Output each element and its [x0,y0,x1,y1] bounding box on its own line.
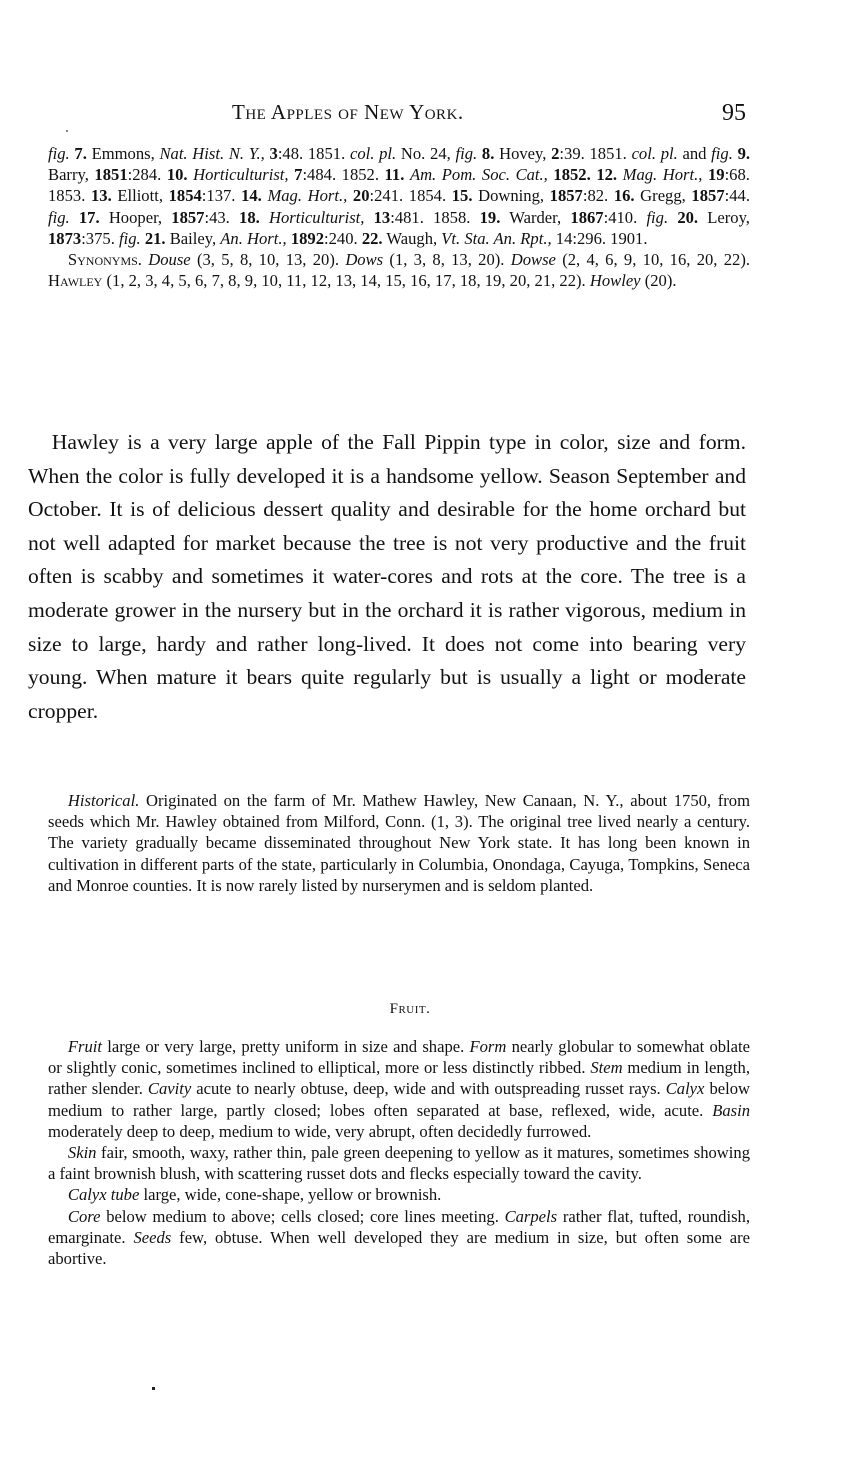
references-paragraph: fig. 7. Emmons, Nat. Hist. N. Y., 3:48. … [48,143,750,249]
book-page: The Apples of New York. 95 fig. 7. Emmon… [0,0,850,1473]
scan-speck [152,1387,155,1390]
scan-speck [66,130,68,132]
running-title: The Apples of New York. [232,100,464,125]
fruit-paragraph: Fruit large or very large, pretty unifor… [48,1036,750,1142]
historical-text: Originated on the farm of Mr. Mathew Haw… [48,791,750,895]
page-number: 95 [722,100,746,127]
description-block: Hawley is a very large apple of the Fall… [28,426,746,728]
fruit-block: Fruit large or very large, pretty unifor… [48,1036,750,1269]
synonyms-paragraph: Synonyms. Douse (3, 5, 8, 10, 13, 20). D… [48,249,750,291]
references-block: fig. 7. Emmons, Nat. Hist. N. Y., 3:48. … [48,143,750,291]
core-paragraph: Core below medium to above; cells closed… [48,1206,750,1270]
fruit-heading: Fruit. [0,1001,820,1018]
calyx-tube-paragraph: Calyx tube large, wide, cone-shape, yell… [48,1184,750,1205]
historical-paragraph: Historical. Originated on the farm of Mr… [48,790,750,896]
skin-paragraph: Skin fair, smooth, waxy, rather thin, pa… [48,1142,750,1184]
description-paragraph: Hawley is a very large apple of the Fall… [28,426,746,728]
historical-label: Historical. [68,791,139,810]
historical-block: Historical. Originated on the farm of Mr… [48,790,750,896]
